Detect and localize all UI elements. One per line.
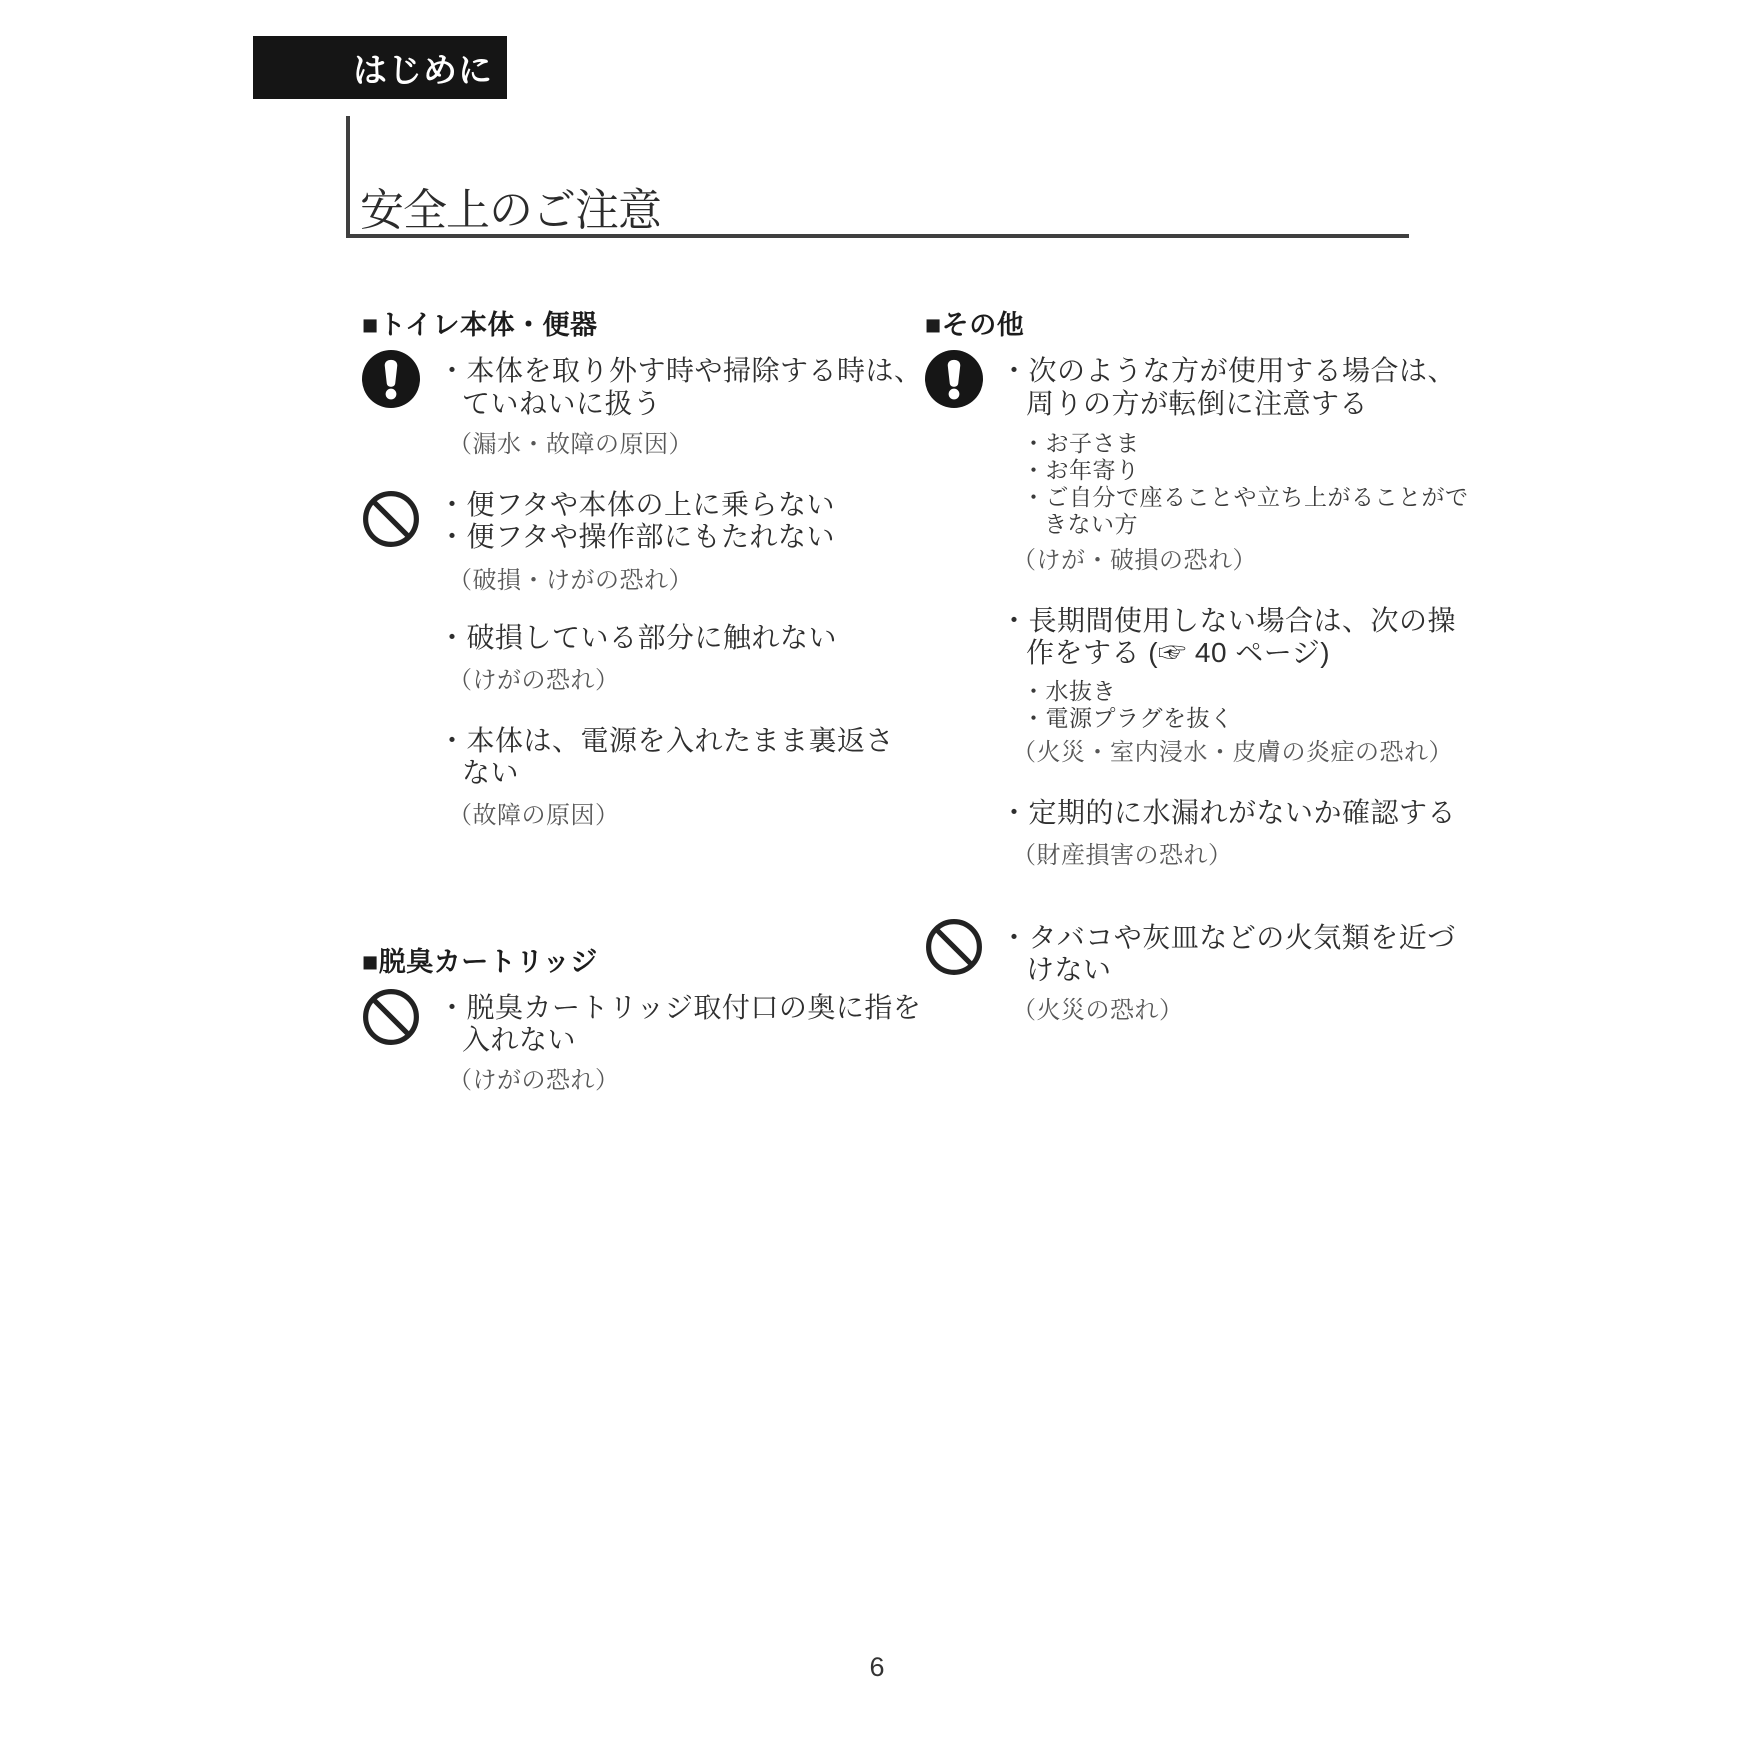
reason-text: （けがの恐れ）	[448, 1060, 620, 1095]
prohibition-icon	[362, 490, 420, 548]
reason-text: （けが・破損の恐れ）	[1012, 540, 1257, 575]
precaution-text: ない	[462, 757, 519, 789]
page-number: 6	[0, 1652, 1754, 1683]
reason-text: （漏水・故障の原因）	[448, 424, 693, 459]
precaution-text: ・便フタや本体の上に乗らない	[438, 489, 835, 521]
precaution-text: ・次のような方が使用する場合は、	[1000, 355, 1456, 387]
section-tab: はじめに	[253, 36, 507, 99]
precaution-text: ・便フタや操作部にもたれない	[438, 521, 835, 553]
page-title: 安全上のご注意	[360, 174, 661, 238]
reason-text: （火災の恐れ）	[1012, 990, 1184, 1025]
prohibition-icon	[362, 988, 420, 1046]
title-underline	[346, 234, 1409, 238]
sub-item-text: ・電源プラグを抜く	[1022, 700, 1234, 733]
sub-item-text: きない方	[1044, 506, 1138, 539]
reason-text: （財産損害の恐れ）	[1012, 835, 1233, 870]
manual-page: はじめに 安全上のご注意 ■トイレ本体・便器 ・本体を取り外す時や掃除する時は、…	[0, 0, 1754, 1754]
mandatory-icon	[925, 350, 983, 408]
precaution-text: ・タバコや灰皿などの火気類を近づ	[1000, 922, 1456, 954]
reason-text: （けがの恐れ）	[448, 660, 620, 695]
precaution-text: 入れない	[462, 1024, 576, 1056]
reason-text: （火災・室内浸水・皮膚の炎症の恐れ）	[1012, 732, 1453, 767]
section-heading-others: ■その他	[925, 303, 1024, 342]
section-tab-label: はじめに	[353, 43, 493, 92]
precaution-text: 周りの方が転倒に注意する	[1026, 388, 1368, 420]
title-vertical-rule	[346, 116, 350, 238]
precaution-text: 作をする (☞ 40 ページ)	[1026, 637, 1330, 669]
reason-text: （破損・けがの恐れ）	[448, 560, 693, 595]
precaution-text: ・長期間使用しない場合は、次の操	[1000, 605, 1456, 637]
precaution-text: ていねいに扱う	[462, 388, 662, 420]
prohibition-icon	[925, 918, 983, 976]
precaution-text: ・脱臭カートリッジ取付口の奥に指を	[438, 992, 921, 1024]
precaution-text: ・定期的に水漏れがないか確認する	[1000, 797, 1456, 829]
precaution-text: ・破損している部分に触れない	[438, 622, 837, 654]
mandatory-icon	[362, 350, 420, 408]
precaution-text: けない	[1026, 954, 1112, 986]
section-heading-toilet-body: ■トイレ本体・便器	[362, 303, 597, 342]
section-heading-deodorizing-cartridge: ■脱臭カートリッジ	[362, 940, 598, 979]
reason-text: （故障の原因）	[448, 795, 620, 830]
precaution-text: ・本体を取り外す時や掃除する時は、	[438, 355, 923, 387]
precaution-text: ・本体は、電源を入れたまま裏返さ	[438, 725, 894, 757]
